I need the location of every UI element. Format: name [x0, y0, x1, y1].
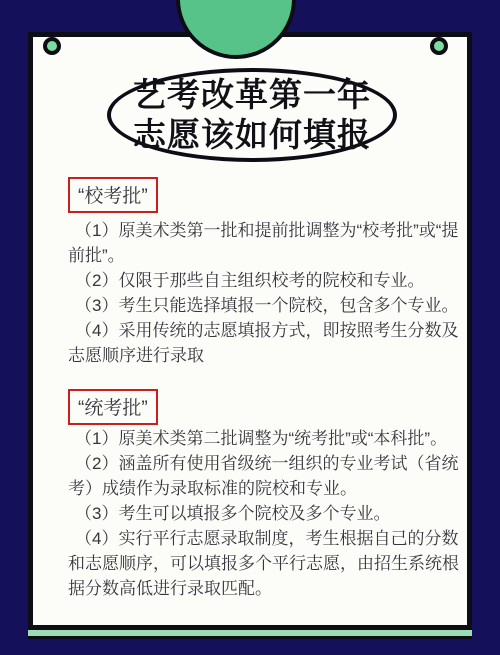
list-item: （3）考生只能选择填报一个院校，包含多个专业。	[68, 293, 462, 318]
section-body-school-exam-batch: （1）原美术类第一批和提前批调整为“校考批”或“提前批”。 （2）仅限于那些自主…	[68, 218, 462, 368]
list-item: （2）仅限于那些自主组织校考的院校和专业。	[68, 268, 462, 293]
bottom-green-bar	[28, 630, 472, 639]
corner-dot-left	[43, 37, 61, 55]
section-label-unified-exam-batch: “统考批”	[68, 389, 158, 425]
poster-title-line2: 志愿该如何填报	[133, 115, 371, 155]
section-body-unified-exam-batch: （1）原美术类第二批调整为“统考批”或“本科批”。 （2）涵盖所有使用省级统一组…	[68, 426, 462, 601]
poster-title-line1: 艺考改革第一年	[133, 75, 371, 115]
poster-background: 艺考改革第一年 志愿该如何填报 “校考批” （1）原美术类第一批和提前批调整为“…	[0, 0, 500, 655]
section-label-school-exam-batch: “校考批”	[68, 177, 158, 213]
list-item: （2）涵盖所有使用省级统一组织的专业考试（省统考）成绩作为录取标准的院校和专业。	[68, 451, 462, 501]
list-item: （1）原美术类第二批调整为“统考批”或“本科批”。	[68, 426, 462, 451]
list-item: （1）原美术类第一批和提前批调整为“校考批”或“提前批”。	[68, 218, 462, 268]
list-item: （3）考生可以填报多个院校及多个专业。	[68, 501, 462, 526]
list-item: （4）实行平行志愿录取制度，考生根据自己的分数和志愿顺序，可以填报多个平行志愿，…	[68, 526, 462, 601]
title-ellipse-badge: 艺考改革第一年 志愿该如何填报	[107, 68, 397, 162]
list-item: （4）采用传统的志愿填报方式，即按照考生分数及志愿顺序进行录取	[68, 318, 462, 368]
corner-dot-right	[430, 37, 448, 55]
